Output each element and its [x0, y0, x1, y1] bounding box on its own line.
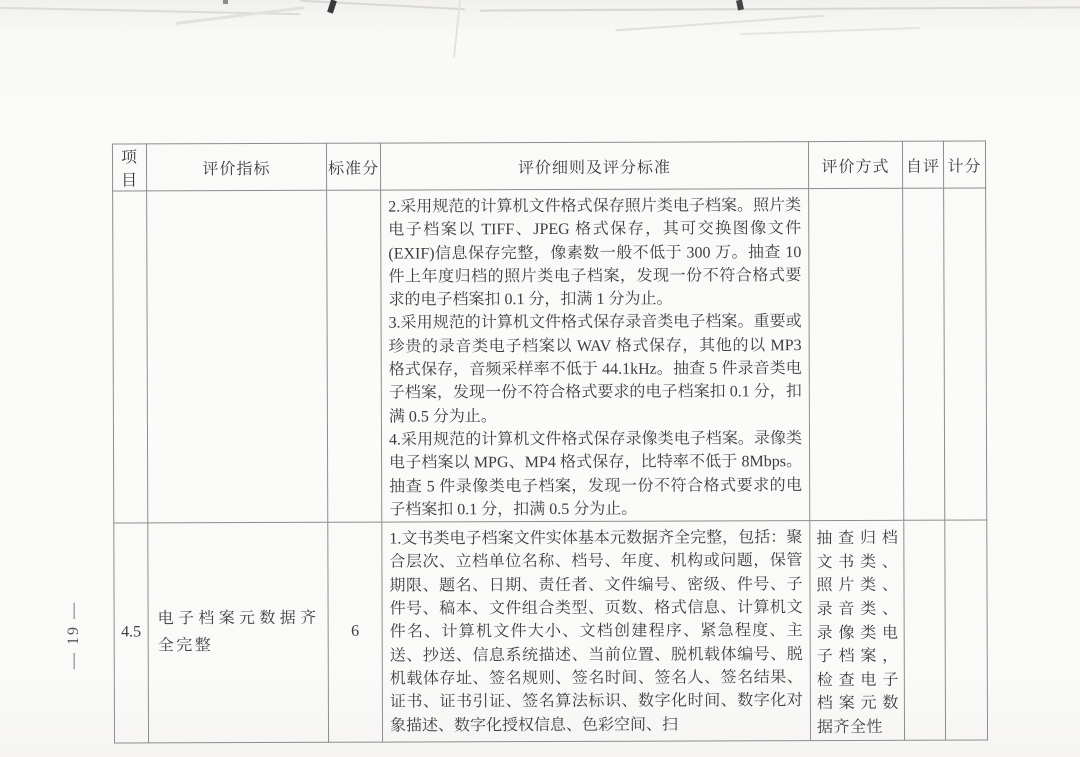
paper-crease — [615, 15, 825, 32]
scanned-document-page: — 19 — 项目 评价指标 标准分 评价细则及评分标准 评价方式 自评 计分 … — [0, 0, 1080, 757]
cell-indicator: 电子档案元数据齐全完整 — [148, 522, 329, 742]
paper-crease — [300, 0, 465, 10]
header-method: 评价方式 — [808, 141, 902, 188]
cell-self-eval — [904, 520, 946, 739]
paper-crease — [740, 27, 920, 35]
cell-item — [113, 191, 148, 523]
evaluation-table: 项目 评价指标 标准分 评价细则及评分标准 评价方式 自评 计分 2.采用规范的… — [112, 140, 988, 743]
header-indicator: 评价指标 — [146, 143, 326, 191]
cell-indicator — [147, 190, 328, 523]
cell-score — [945, 520, 988, 739]
header-criteria: 评价细则及评分标准 — [380, 142, 808, 190]
cell-standard-score: 6 — [328, 522, 383, 742]
table-header-row: 项目 评价指标 标准分 评价细则及评分标准 评价方式 自评 计分 — [112, 141, 985, 191]
page-number: — 19 — — [65, 574, 87, 696]
cell-standard-score — [327, 190, 382, 522]
header-item: 项目 — [112, 144, 146, 191]
cell-criteria: 1.文书类电子档案文件实体基本元数据齐全完整，包括：聚合层次、立档单位名称、档号… — [382, 521, 811, 742]
paper-crease — [175, 6, 304, 25]
header-standard-score: 标准分 — [326, 143, 380, 190]
table-row: 2.采用规范的计算机文件格式保存照片类电子档案。照片类电子档案以 TIFF、JP… — [113, 188, 987, 523]
header-self-eval: 自评 — [902, 141, 943, 188]
cell-method — [809, 188, 904, 520]
cell-criteria: 2.采用规范的计算机文件格式保存照片类电子档案。照片类电子档案以 TIFF、JP… — [381, 189, 810, 523]
cell-method: 抽查归档文书类、照片类、录音类、录像类电子档案，检查电子档案元数据齐全性 — [810, 520, 905, 740]
scan-mark — [736, 0, 744, 11]
header-score: 计分 — [943, 141, 985, 188]
cell-score — [944, 188, 987, 520]
cell-self-eval — [903, 188, 945, 520]
scan-mark — [223, 0, 228, 4]
cell-item: 4.5 — [114, 523, 149, 742]
paper-crease — [480, 6, 1080, 11]
table-row: 4.5 电子档案元数据齐全完整 6 1.文书类电子档案文件实体基本元数据齐全完整… — [114, 520, 988, 742]
